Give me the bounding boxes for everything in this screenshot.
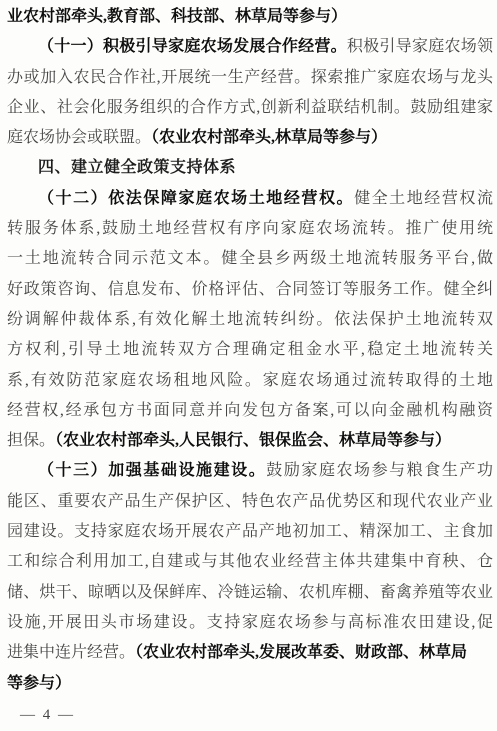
text-line: 办或加入农民合作社,开展统一生产经营。探索推广家庭农场与龙头 [7, 63, 493, 93]
text-run-heading: 四、建立健全政策支持体系 [38, 159, 236, 176]
text-line: 四、建立健全政策支持体系 [7, 153, 493, 183]
text-run-regular: 一土地流转合同示范文本。健全县乡两级土地流转服务平台,做 [7, 250, 493, 267]
text-run-regular: 健全土地经营权流 [354, 190, 493, 207]
text-run-bold: （十一）积极引导家庭农场发展合作经营。 [38, 38, 347, 55]
text-run-regular: 积极引导家庭农场领 [347, 38, 493, 55]
text-run-bold: 等参与） [7, 675, 71, 692]
text-line: 方权利,引导土地流转双方合理确定租金水平,稳定土地流转关 [7, 335, 493, 365]
text-run-bold: （十二）依法保障家庭农场土地经营权。 [38, 190, 354, 207]
text-run-regular: 庭农场协会或联盟。 [7, 129, 151, 146]
text-run-regular: 系,有效防范家庭农场租地风险。家庭农场通过流转取得的土地 [7, 372, 493, 389]
text-line: 能区、重要农产品生产保护区、特色农产品优势区和现代农业产业 [7, 487, 493, 517]
text-line: 设施,开展田头市场建设。支持家庭农场参与高标准农田建设,促 [7, 608, 493, 638]
text-line: 一土地流转合同示范文本。健全县乡两级土地流转服务平台,做 [7, 244, 493, 274]
text-line: 企业、社会化服务组织的合作方式,创新利益联结机制。鼓励组建家 [7, 93, 493, 123]
text-run-bold: （农业农村部牵头,林草局等参与） [151, 129, 387, 146]
text-line: 工和综合利用加工,自建或与其他农业经营主体共建集中育秧、仓 [7, 547, 493, 577]
text-run-regular: 鼓励家庭农场参与粮食生产功 [266, 462, 493, 479]
text-run-regular: 能区、重要农产品生产保护区、特色农产品优势区和现代农业产业 [7, 493, 493, 510]
text-line: 好政策咨询、信息发布、价格评估、合同签订等服务工作。健全纠 [7, 275, 493, 305]
text-run-regular: 担保。 [7, 432, 55, 449]
text-run-bold: 业农村部牵头,教育部、科技部、林草局等参与） [7, 8, 347, 25]
text-line: 经营权,经承包方书面同意并向发包方备案,可以向金融机构融资 [7, 396, 493, 426]
text-run-regular: 工和综合利用加工,自建或与其他农业经营主体共建集中育秧、仓 [7, 553, 493, 570]
text-run-regular: 企业、社会化服务组织的合作方式,创新利益联结机制。鼓励组建家 [7, 99, 493, 116]
text-run-regular: 转服务体系,鼓励土地经营权有序向家庭农场流转。推广使用统 [7, 220, 493, 237]
text-line: 纷调解仲裁体系,有效化解土地流转纠纷。依法保护土地流转双 [7, 305, 493, 335]
text-run-regular: 设施,开展田头市场建设。支持家庭农场参与高标准农田建设,促 [7, 614, 493, 631]
text-run-regular: 经营权,经承包方书面同意并向发包方备案,可以向金融机构融资 [7, 402, 493, 419]
text-run-regular: 好政策咨询、信息发布、价格评估、合同签订等服务工作。健全纠 [7, 281, 493, 298]
text-run-bold: （十三）加强基础设施建设。 [38, 462, 266, 479]
text-line: 等参与） [7, 669, 493, 699]
document-body: 业农村部牵头,教育部、科技部、林草局等参与）（十一）积极引导家庭农场发展合作经营… [7, 2, 493, 699]
text-run-regular: 进集中连片经营。 [7, 644, 135, 661]
text-line: 系,有效防范家庭农场租地风险。家庭农场通过流转取得的土地 [7, 366, 493, 396]
text-line: （十二）依法保障家庭农场土地经营权。健全土地经营权流 [7, 184, 493, 214]
text-run-bold: （农业农村部牵头,人民银行、银保监会、林草局等参与） [55, 432, 451, 449]
text-run-regular: 办或加入农民合作社,开展统一生产经营。探索推广家庭农场与龙头 [7, 69, 493, 86]
text-line: 进集中连片经营。（农业农村部牵头,发展改革委、财政部、林草局 [7, 638, 493, 668]
page-number: — 4 — [20, 707, 493, 723]
text-line: 业农村部牵头,教育部、科技部、林草局等参与） [7, 2, 493, 32]
text-line: 储、烘干、晾晒以及保鲜库、冷链运输、农机库棚、畜禽养殖等农业 [7, 578, 493, 608]
text-line: （十三）加强基础设施建设。鼓励家庭农场参与粮食生产功 [7, 456, 493, 486]
text-line: 转服务体系,鼓励土地经营权有序向家庭农场流转。推广使用统 [7, 214, 493, 244]
text-run-regular: 纷调解仲裁体系,有效化解土地流转纠纷。依法保护土地流转双 [7, 311, 493, 328]
text-line: 庭农场协会或联盟。（农业农村部牵头,林草局等参与） [7, 123, 493, 153]
text-run-regular: 园建设。支持家庭农场开展农产品产地初加工、精深加工、主食加 [7, 523, 493, 540]
text-run-regular: 储、烘干、晾晒以及保鲜库、冷链运输、农机库棚、畜禽养殖等农业 [7, 584, 493, 601]
document-page: 业农村部牵头,教育部、科技部、林草局等参与）（十一）积极引导家庭农场发展合作经营… [0, 0, 497, 723]
text-run-regular: 方权利,引导土地流转双方合理确定租金水平,稳定土地流转关 [7, 341, 493, 358]
text-line: （十一）积极引导家庭农场发展合作经营。积极引导家庭农场领 [7, 32, 493, 62]
text-line: 园建设。支持家庭农场开展农产品产地初加工、精深加工、主食加 [7, 517, 493, 547]
text-run-bold: （农业农村部牵头,发展改革委、财政部、林草局 [135, 644, 467, 661]
text-line: 担保。（农业农村部牵头,人民银行、银保监会、林草局等参与） [7, 426, 493, 456]
